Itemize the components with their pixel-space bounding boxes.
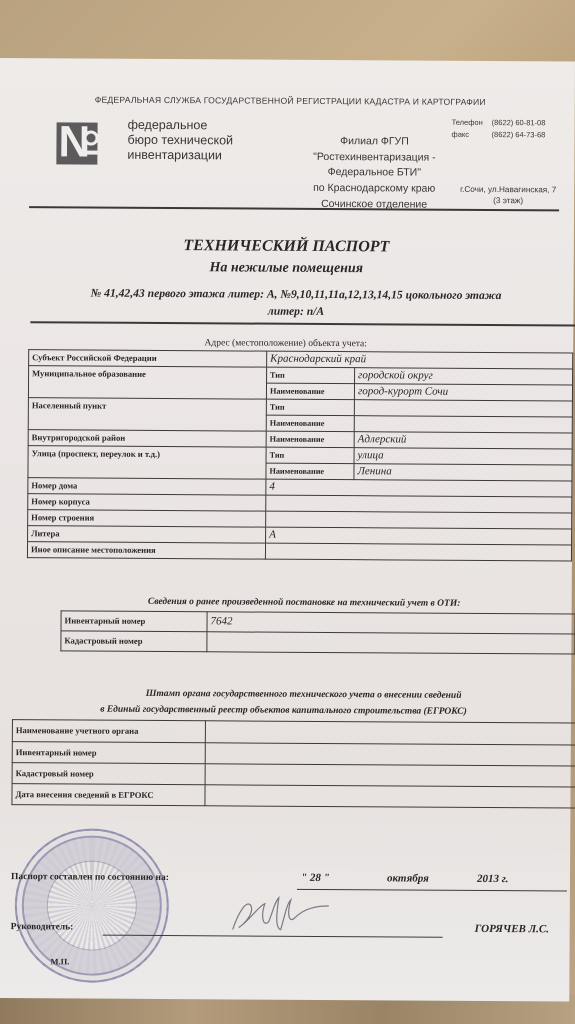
fax-value: (8622) 64-73-68 — [492, 130, 546, 139]
row-label: Инвентарный номер — [12, 742, 205, 764]
row-value — [205, 785, 575, 808]
document-subtitle: На нежилые помещения — [0, 259, 574, 279]
document-title: ТЕХНИЧЕСКИЙ ПАСПОРТ — [0, 236, 574, 258]
numero-sign-logo-icon: N — [56, 122, 97, 164]
date-underline — [297, 889, 567, 892]
row-label: Номер дома — [28, 478, 266, 495]
table-row: Инвентарный номер 7642 — [61, 611, 575, 634]
row-value: 7642 — [207, 612, 575, 634]
row-label: Инвентарный номер — [61, 611, 207, 632]
egroks-caption-1: Штамп органа государственного техническо… — [16, 688, 575, 702]
row-label: Муниципальное образование — [28, 366, 266, 399]
phone-line: Телефон(8622) 60-81-08 — [452, 117, 546, 130]
date-month: октября — [387, 872, 429, 884]
title-divider — [30, 321, 575, 326]
seal-label: М.П. — [50, 956, 69, 966]
row-value — [207, 632, 575, 654]
bti-name-line: инвентаризации — [127, 148, 233, 164]
row-sub-type: Наименование — [266, 463, 354, 480]
filial-block: Филиал ФГУП "Ростехинвентаризация - Феде… — [279, 134, 469, 214]
date-label: Паспорт составлен по состоянию на: — [11, 872, 169, 883]
table-row: Иное описание местоположения — [27, 542, 571, 561]
phone-label: Телефон — [452, 117, 492, 129]
table-row: Муниципальное образование Тип городской … — [29, 366, 573, 385]
object-line: № 41,42,43 первого этажа литер: А, №9,10… — [19, 284, 574, 304]
date-day: " 28 " — [301, 872, 330, 884]
filial-line: "Ростехинвентаризация - — [279, 149, 469, 166]
row-value: город-курорт Сочи — [354, 384, 572, 401]
row-value: Краснодарский край — [267, 351, 573, 369]
date-year: 2013 г. — [477, 873, 508, 885]
row-value — [354, 416, 572, 433]
row-value — [354, 400, 572, 417]
row-label: Дата внесения сведений в ЕГРОКС — [12, 784, 205, 806]
filial-line: Сочинское отделение — [279, 197, 469, 214]
row-value: городской округ — [355, 368, 573, 385]
row-sub-type: Тип — [267, 367, 355, 384]
row-sub-type: Наименование — [266, 431, 354, 448]
object-line: литер: п/А — [18, 301, 573, 321]
row-sub-type: Тип — [266, 447, 354, 464]
row-value: улица — [354, 448, 572, 465]
table-row: Кадастровый номер — [61, 631, 575, 654]
row-label: Населенный пункт — [28, 398, 266, 431]
egroks-table: Наименование учетного органа Инвентарный… — [11, 719, 575, 808]
filial-line: Федеральное БТИ" — [279, 165, 469, 182]
table-row: Улица (проспект, переулок и т.д.) Тип ул… — [28, 446, 572, 465]
phone-value: (8622) 60-81-08 — [492, 118, 546, 127]
oti-table: Инвентарный номер 7642 Кадастровый номер — [60, 610, 575, 654]
row-label: Иное описание местоположения — [27, 542, 265, 559]
office-address: г.Сочи, ул.Навагинская, 7 (3 этаж) — [453, 184, 563, 207]
row-value: Ленина — [354, 464, 572, 481]
table-row: Населенный пункт Тип — [28, 398, 572, 417]
row-value — [205, 721, 575, 745]
head-name: ГОРЯЧЕВ Л.С. — [475, 923, 549, 935]
table-row: Наименование учетного органа — [12, 720, 575, 745]
egroks-caption-2: в Единый государственный реестр объектов… — [0, 704, 571, 718]
official-seal-stamp-icon — [14, 828, 169, 983]
bti-name-line: федеральное — [128, 118, 234, 134]
oti-caption: Сведения о ранее произведенной постановк… — [17, 596, 575, 610]
row-label: Внутригородской район — [28, 430, 266, 447]
fax-label: факс — [452, 129, 492, 141]
row-sub-type: Наименование — [266, 415, 354, 432]
row-label: Кадастровый номер — [61, 631, 207, 652]
contacts: Телефон(8622) 60-81-08 факс(8622) 64-73-… — [452, 117, 546, 142]
row-label: Наименование учетного органа — [12, 720, 205, 743]
row-label: Номер корпуса — [28, 494, 266, 511]
table-row: Дата внесения сведений в ЕГРОКС — [12, 784, 575, 808]
row-value — [205, 764, 575, 787]
agency-header: ФЕДЕРАЛЬНАЯ СЛУЖБА ГОСУДАРСТВЕННОЙ РЕГИС… — [95, 95, 486, 107]
filial-line: Филиал ФГУП — [279, 134, 469, 151]
row-value — [266, 495, 572, 513]
signature-icon — [225, 891, 335, 936]
row-value: 4 — [266, 479, 572, 497]
row-label: Субъект Российской Федерации — [29, 350, 267, 367]
address-table: Субъект Российской Федерации Краснодарск… — [27, 349, 573, 561]
filial-line: по Краснодарскому краю — [279, 181, 469, 198]
row-value — [265, 543, 571, 561]
head-label: Руководитель: — [11, 922, 74, 932]
row-sub-type: Тип — [266, 399, 354, 416]
row-label: Кадастровый номер — [12, 763, 205, 785]
bti-name-line: бюро технической — [127, 133, 233, 149]
row-value: Адлерский — [354, 432, 572, 449]
bti-name: федеральное бюро технической инвентариза… — [127, 118, 233, 164]
fax-line: факс(8622) 64-73-68 — [452, 129, 546, 142]
row-value — [205, 743, 575, 766]
row-label: Номер строения — [28, 510, 266, 527]
technical-passport-page: ФЕДЕРАЛЬНАЯ СЛУЖБА ГОСУДАРСТВЕННОЙ РЕГИС… — [0, 58, 575, 1001]
row-label: Литера — [28, 526, 266, 543]
row-label: Улица (проспект, переулок и т.д.) — [28, 446, 266, 479]
office-address-line: г.Сочи, ул.Навагинская, 7 — [453, 184, 563, 196]
object-description: № 41,42,43 первого этажа литер: А, №9,10… — [18, 284, 573, 321]
row-sub-type: Наименование — [266, 383, 354, 400]
row-value: А — [266, 527, 572, 545]
office-address-line: (3 этаж) — [453, 195, 563, 207]
row-value — [266, 511, 572, 529]
address-caption: Адрес (местоположение) объекта учета: — [0, 337, 573, 351]
